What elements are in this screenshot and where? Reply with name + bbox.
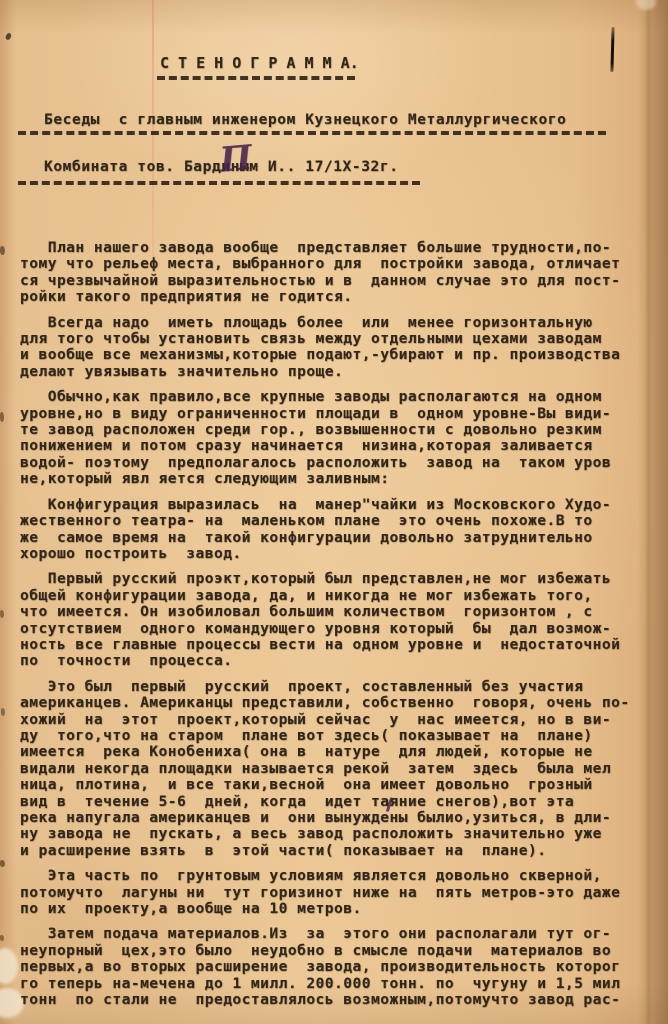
paragraph: Обычно,как правило,все крупные заводы ра… [20, 389, 656, 487]
dashed-underline [18, 131, 606, 135]
paragraph: Всегда надо иметь площадь более или мене… [20, 315, 656, 381]
paper-speck [0, 412, 4, 422]
paragraph: Первый русский проэкт,который был предст… [20, 571, 656, 669]
paragraph: Затем подача материалов.Из за этого они … [20, 926, 656, 1008]
paper-speck [0, 935, 4, 941]
document-body: План нашего завода вообще представляет б… [20, 240, 656, 1017]
handwritten-pen-stroke [610, 27, 614, 72]
document-subtitle-line1: Беседы с главным инженером Кузнецкого Ме… [44, 112, 566, 128]
paragraph: Это был первый русский проект, составлен… [20, 679, 656, 859]
document-title: С Т Е Н О Г Р А М М А. [160, 54, 359, 72]
paper-speck [0, 610, 4, 618]
subtitle-typed-after: . 17/1Х-32г. [287, 159, 399, 175]
paper-worn-spot [0, 948, 18, 984]
dashed-underline [157, 76, 355, 80]
dashed-underline [18, 181, 420, 185]
paper-speck [0, 860, 5, 867]
paper-speck [0, 246, 5, 255]
scanned-document-page: С Т Е Н О Г Р А М М А. Беседы с главным … [0, 0, 668, 1024]
paper-speck [1, 708, 5, 716]
paragraph: Эта часть по грунтовым условиям является… [20, 868, 656, 917]
paragraph: План нашего завода вообще представляет б… [20, 240, 656, 306]
handwritten-initial-correction: П [218, 139, 256, 184]
paragraph: Конфигурация выразилась на манер"чайки и… [20, 497, 656, 563]
paper-speck [5, 32, 13, 41]
